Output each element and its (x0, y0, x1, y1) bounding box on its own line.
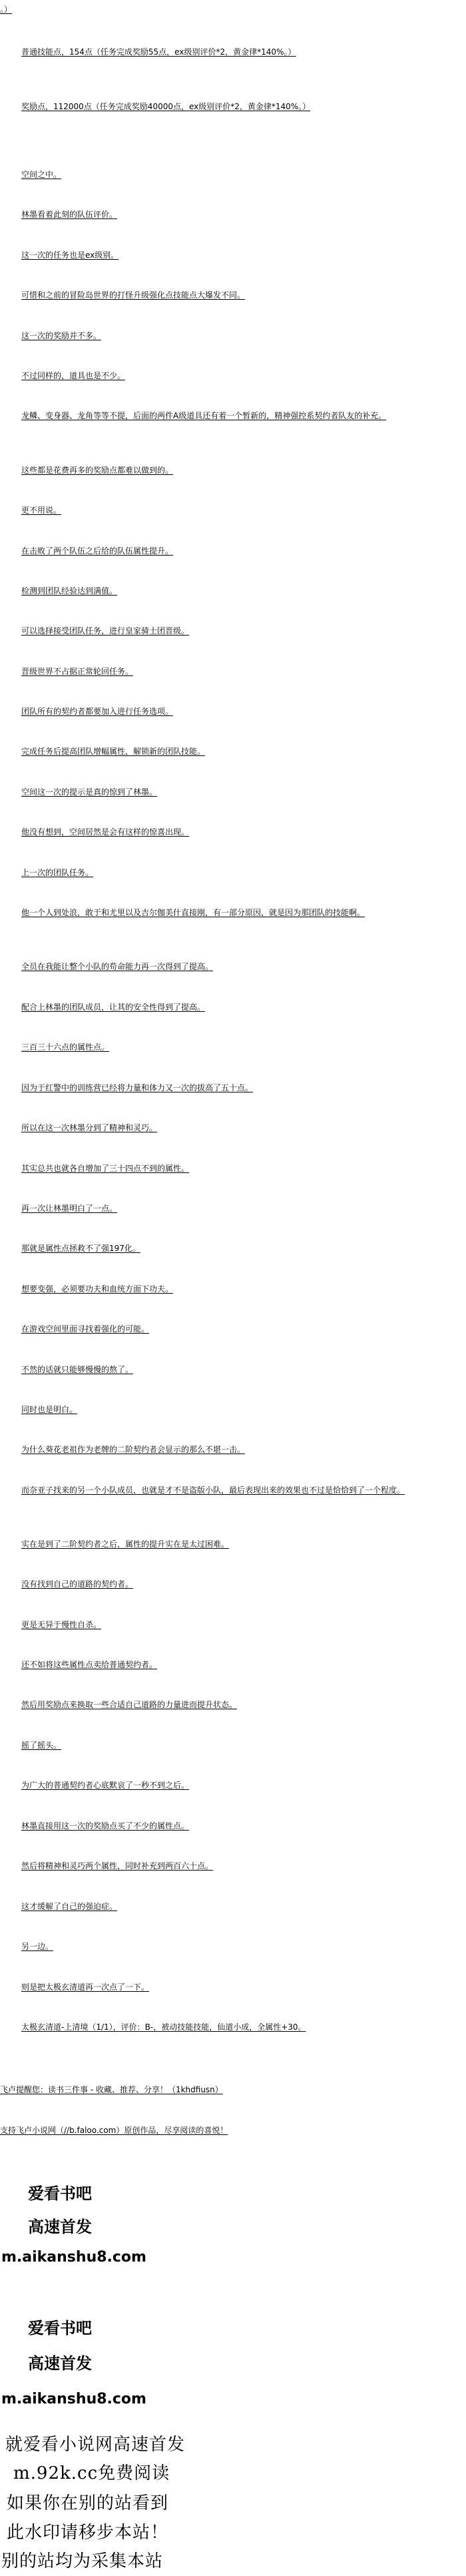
paragraph: 不过同样的，道具也是不少。 (0, 369, 439, 383)
paragraph: 三百三十六点的属性点。 (0, 1041, 439, 1055)
watermark-92k-line-4: 此水印请移步本站！ (7, 2519, 168, 2546)
paragraph: 空间这一次的提示是真的惊到了林墨。 (0, 785, 439, 799)
paragraph: 摇了摇头。 (0, 1739, 439, 1753)
paragraph: 他一个人到处浪，敢于和尤里以及吉尔伽美什直接刚，有一部分原因，就是因为那团队的技… (0, 906, 439, 920)
paragraph: 空间之中。 (0, 168, 439, 182)
faloo-reminder-notice: 飞卢提醒您：读书三件事 - 收藏、推荐、分享！（1khdfiusn） (0, 2083, 439, 2097)
watermark-92k-line-1: 就爱看小说网高速首发 (5, 2431, 185, 2458)
paragraph: 这一次的任务也是ex级别。 (0, 248, 439, 262)
paragraph: 为什么葵花老祖作为老牌的二阶契约者会显示的那么不堪一击。 (0, 1443, 439, 1457)
paragraph: 实在是到了二阶契约者之后，属性的提升实在是太过困难。 (0, 1537, 439, 1551)
paragraph: 可以选择接受团队任务，进行皇家骑士团晋级。 (0, 624, 439, 638)
watermark-aikanshu-url-2: m.aikanshu8.com (1, 2390, 146, 2409)
paragraph: 晋级世界不占据正常轮回任务。 (0, 665, 439, 679)
paragraph: 更不用说。 (0, 504, 439, 518)
watermark-aikanshu-url: m.aikanshu8.com (1, 2248, 146, 2267)
paragraph: 再一次让林墨明白了一点。 (0, 1202, 439, 1216)
watermark-92k-line-2: m.92k.cc免费阅读 (13, 2460, 170, 2487)
paragraph: 他没有想到，空间居然是会有这样的惊喜出现。 (0, 825, 439, 839)
paragraph: 则是把太极玄清道再一次点了一下。 (0, 1980, 439, 1994)
paragraph: 想要变强，必须要功夫和血统方面下功夫。 (0, 1282, 439, 1296)
paragraph: 在击败了两个队伍之后给的队伍属性提升。 (0, 544, 439, 558)
paragraph: 没有找到自己的道路的契约者。 (0, 1577, 439, 1591)
paragraph: 为广大的普通契约者心底默哀了一秒不到之后。 (0, 1779, 439, 1793)
faloo-support-notice: 支持飞卢小说网（//b.faloo.com）原创作品，尽享阅读的喜悦！ (0, 2124, 439, 2138)
watermark-aikanshu-subtitle-2: 高速首发 (28, 2354, 92, 2373)
paragraph: 林墨看着此刻的队伍评价。 (0, 208, 439, 222)
watermark-92k-line-3: 如果你在别的站看到 (7, 2490, 168, 2517)
watermark-92k-line-5: 别的站均为采集本站 (1, 2548, 163, 2575)
watermark-aikanshu-subtitle: 高速首发 (28, 2217, 92, 2237)
paragraph: 然后将精神和灵巧两个属性，同时补充到两百六十点。 (0, 1859, 439, 1873)
paragraph: 另一边。 (0, 1940, 439, 1954)
paragraph: 林墨直接用这一次的奖励点买了不少的属性点。 (0, 1819, 439, 1833)
paragraph: 可惜和之前的冒险岛世界的打怪升级强化点技能点大爆发不同。 (0, 288, 439, 302)
paragraph: 检测到团队经验达到满值。 (0, 584, 439, 598)
paragraph: 在游戏空间里面寻找着强化的可能。 (0, 1322, 439, 1336)
paragraph: 配合上林墨的团队成员，让其的安全性得到了提高。 (0, 1001, 439, 1015)
paragraph: 那就是属性点拯救不了强197化。 (0, 1242, 439, 1256)
paragraph: 奖励点，112000点（任务完成奖励40000点，ex级别评价*2，黄金律*14… (0, 100, 439, 114)
paragraph: 更是无异于慢性自杀。 (0, 1618, 439, 1632)
paragraph: 同时也是明白。 (0, 1403, 439, 1417)
paragraph: 这才缓解了自己的强迫症。 (0, 1900, 439, 1914)
paragraph: 然后用奖励点来换取一些合适自己道路的力量进而提升状态。 (0, 1698, 439, 1712)
paragraph: 太极玄清道-上清境（1/1），评价：B-，被动技能技能，仙道小成，全属性+30。 (0, 2020, 439, 2034)
paragraph: 这一次的奖励并不多。 (0, 329, 439, 343)
paragraph: 其实总共也就各自增加了三十四点不到的属性。 (0, 1162, 439, 1176)
paragraph: 全员在我能让整个小队的苟命能力再一次得到了提高。 (0, 960, 439, 974)
paragraph: 龙鳞、变身器、龙角等等不提，后面的两件A级道具还有着一个暂新的，精神强控系契约者… (0, 409, 439, 423)
paragraph: 所以在这一次林墨分到了精神和灵巧。 (0, 1121, 439, 1135)
paragraph: 因为于红警中的训练营已经将力量和体力又一次的拔高了五十点。 (0, 1081, 439, 1095)
paragraph: 而奈亚子找来的另一个小队成员，也就是才不是盗版小队，最后表现出来的效果也不过是恰… (0, 1484, 439, 1498)
paragraph: 完成任务后提高团队增幅属性，解锁新的团队技能。 (0, 745, 439, 759)
paragraph: 还不如将这些属性点卖给普通契约者。 (0, 1658, 439, 1672)
paragraph: 不然的话就只能够慢慢的熬了。 (0, 1363, 439, 1377)
watermark-aikanshu-title: 爱看书吧 (28, 2184, 92, 2204)
paragraph: 上一次的团队任务。 (0, 866, 439, 880)
paragraph: 。） (0, 3, 439, 17)
watermark-aikanshu-title-2: 爱看书吧 (28, 2318, 92, 2338)
paragraph: 这些都是花费再多的奖励点都难以做到的。 (0, 464, 439, 478)
paragraph: 普通技能点，154点（任务完成奖励55点，ex级别评价*2，黄金律*140%。） (0, 45, 439, 59)
paragraph: 团队所有的契约者都要加入进行任务选项。 (0, 705, 439, 719)
